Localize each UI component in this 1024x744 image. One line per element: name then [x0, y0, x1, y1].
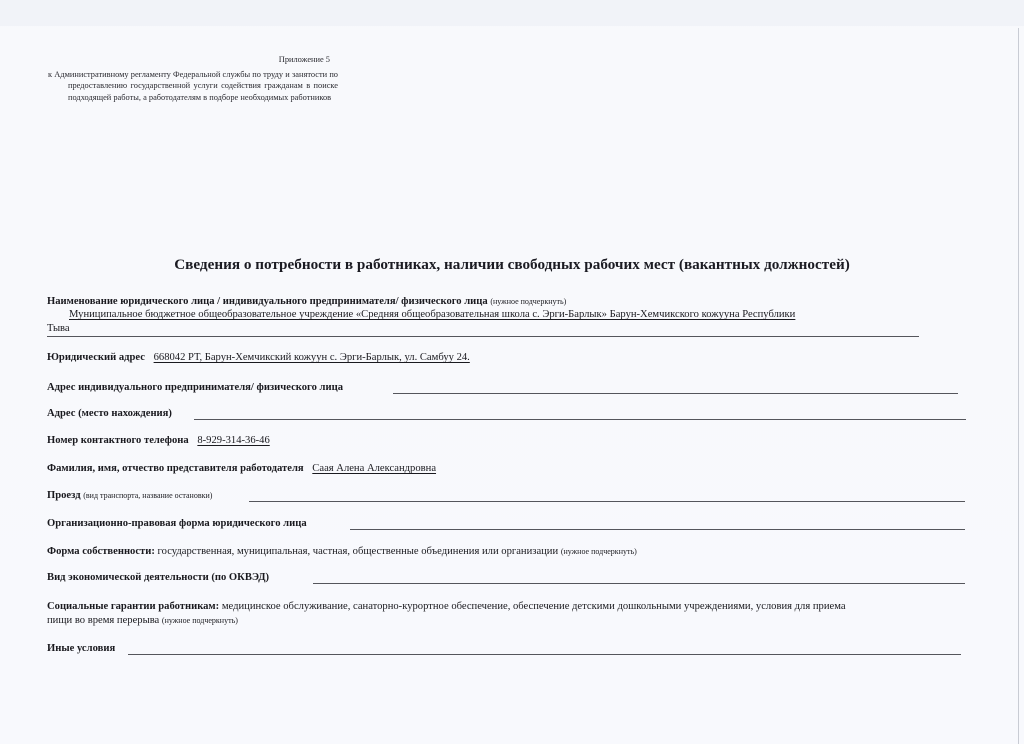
org-name-value-line2: Тыва	[47, 323, 70, 334]
social-row: Социальные гарантии работникам: медицинс…	[47, 601, 846, 612]
okved-row: Вид экономической деятельности (по ОКВЭД…	[47, 572, 269, 583]
org-name-note: (нужное подчеркнуть)	[490, 297, 566, 306]
social-label: Социальные гарантии работникам:	[47, 601, 219, 612]
ownership-note: (нужное подчеркнуть)	[561, 547, 637, 556]
appendix-number: Приложение 5	[48, 54, 330, 65]
entrepreneur-address-label: Адрес индивидуального предпринимателя/ ф…	[47, 382, 343, 393]
transport-note: (вид транспорта, название остановки)	[83, 491, 212, 500]
entrepreneur-address-row: Адрес индивидуального предпринимателя/ ф…	[47, 382, 343, 393]
scanned-page: Приложение 5 к Административному регламе…	[0, 0, 1024, 744]
location-address-label: Адрес (место нахождения)	[47, 408, 172, 419]
entrepreneur-address-field[interactable]	[393, 393, 958, 394]
transport-label: Проезд	[47, 490, 81, 501]
scan-top-edge	[0, 0, 1024, 26]
other-row: Иные условия	[47, 643, 115, 654]
org-name-label: Наименование юридического лица / индивид…	[47, 296, 488, 307]
ownership-label: Форма собственности:	[47, 546, 155, 557]
representative-label: Фамилия, имя, отчество представителя раб…	[47, 463, 304, 474]
other-label: Иные условия	[47, 643, 115, 654]
document-title: Сведения о потребности в работниках, нал…	[0, 256, 1024, 274]
transport-field[interactable]	[249, 501, 965, 502]
org-name-underline	[47, 336, 919, 337]
org-name-value-line1: Муниципальное бюджетное общеобразователь…	[47, 309, 795, 320]
social-options-line2[interactable]: пищи во время перерыва	[47, 615, 159, 626]
transport-row: Проезд (вид транспорта, название останов…	[47, 490, 212, 501]
scan-right-edge	[1018, 28, 1019, 744]
social-row-2: пищи во время перерыва (нужное подчеркну…	[47, 615, 238, 626]
legal-address-label: Юридический адрес	[47, 352, 145, 363]
representative-row: Фамилия, имя, отчество представителя раб…	[47, 463, 436, 474]
social-options-line1[interactable]: медицинское обслуживание, санаторно-куро…	[222, 601, 846, 612]
location-address-row: Адрес (место нахождения)	[47, 408, 172, 419]
ownership-options[interactable]: государственная, муниципальная, частная,…	[158, 546, 559, 557]
okved-label: Вид экономической деятельности (по ОКВЭД…	[47, 572, 269, 583]
legal-form-row: Организационно-правовая форма юридическо…	[47, 518, 307, 529]
org-name-label-row: Наименование юридического лица / индивид…	[47, 296, 566, 307]
legal-form-label: Организационно-правовая форма юридическо…	[47, 518, 307, 529]
org-name-value-row-2: Тыва	[47, 323, 70, 334]
appendix-header: Приложение 5 к Административному регламе…	[48, 54, 338, 103]
appendix-text: к Административному регламенту Федеральн…	[48, 69, 338, 103]
social-note: (нужное подчеркнуть)	[162, 616, 238, 625]
legal-address-row: Юридический адрес 668042 РТ, Барун-Хемчи…	[47, 352, 470, 363]
ownership-row: Форма собственности: государственная, му…	[47, 546, 637, 557]
legal-address-value[interactable]: 668042 РТ, Барун-Хемчикский кожуун с. Эр…	[154, 352, 470, 363]
phone-value[interactable]: 8-929-314-36-46	[197, 435, 269, 446]
representative-value[interactable]: Саая Алена Александровна	[312, 463, 436, 474]
legal-form-field[interactable]	[350, 529, 965, 530]
org-name-value-row: Муниципальное бюджетное общеобразователь…	[47, 309, 795, 320]
location-address-field[interactable]	[194, 419, 966, 420]
phone-row: Номер контактного телефона 8-929-314-36-…	[47, 435, 270, 446]
phone-label: Номер контактного телефона	[47, 435, 189, 446]
okved-field[interactable]	[313, 583, 965, 584]
other-field[interactable]	[128, 654, 961, 655]
